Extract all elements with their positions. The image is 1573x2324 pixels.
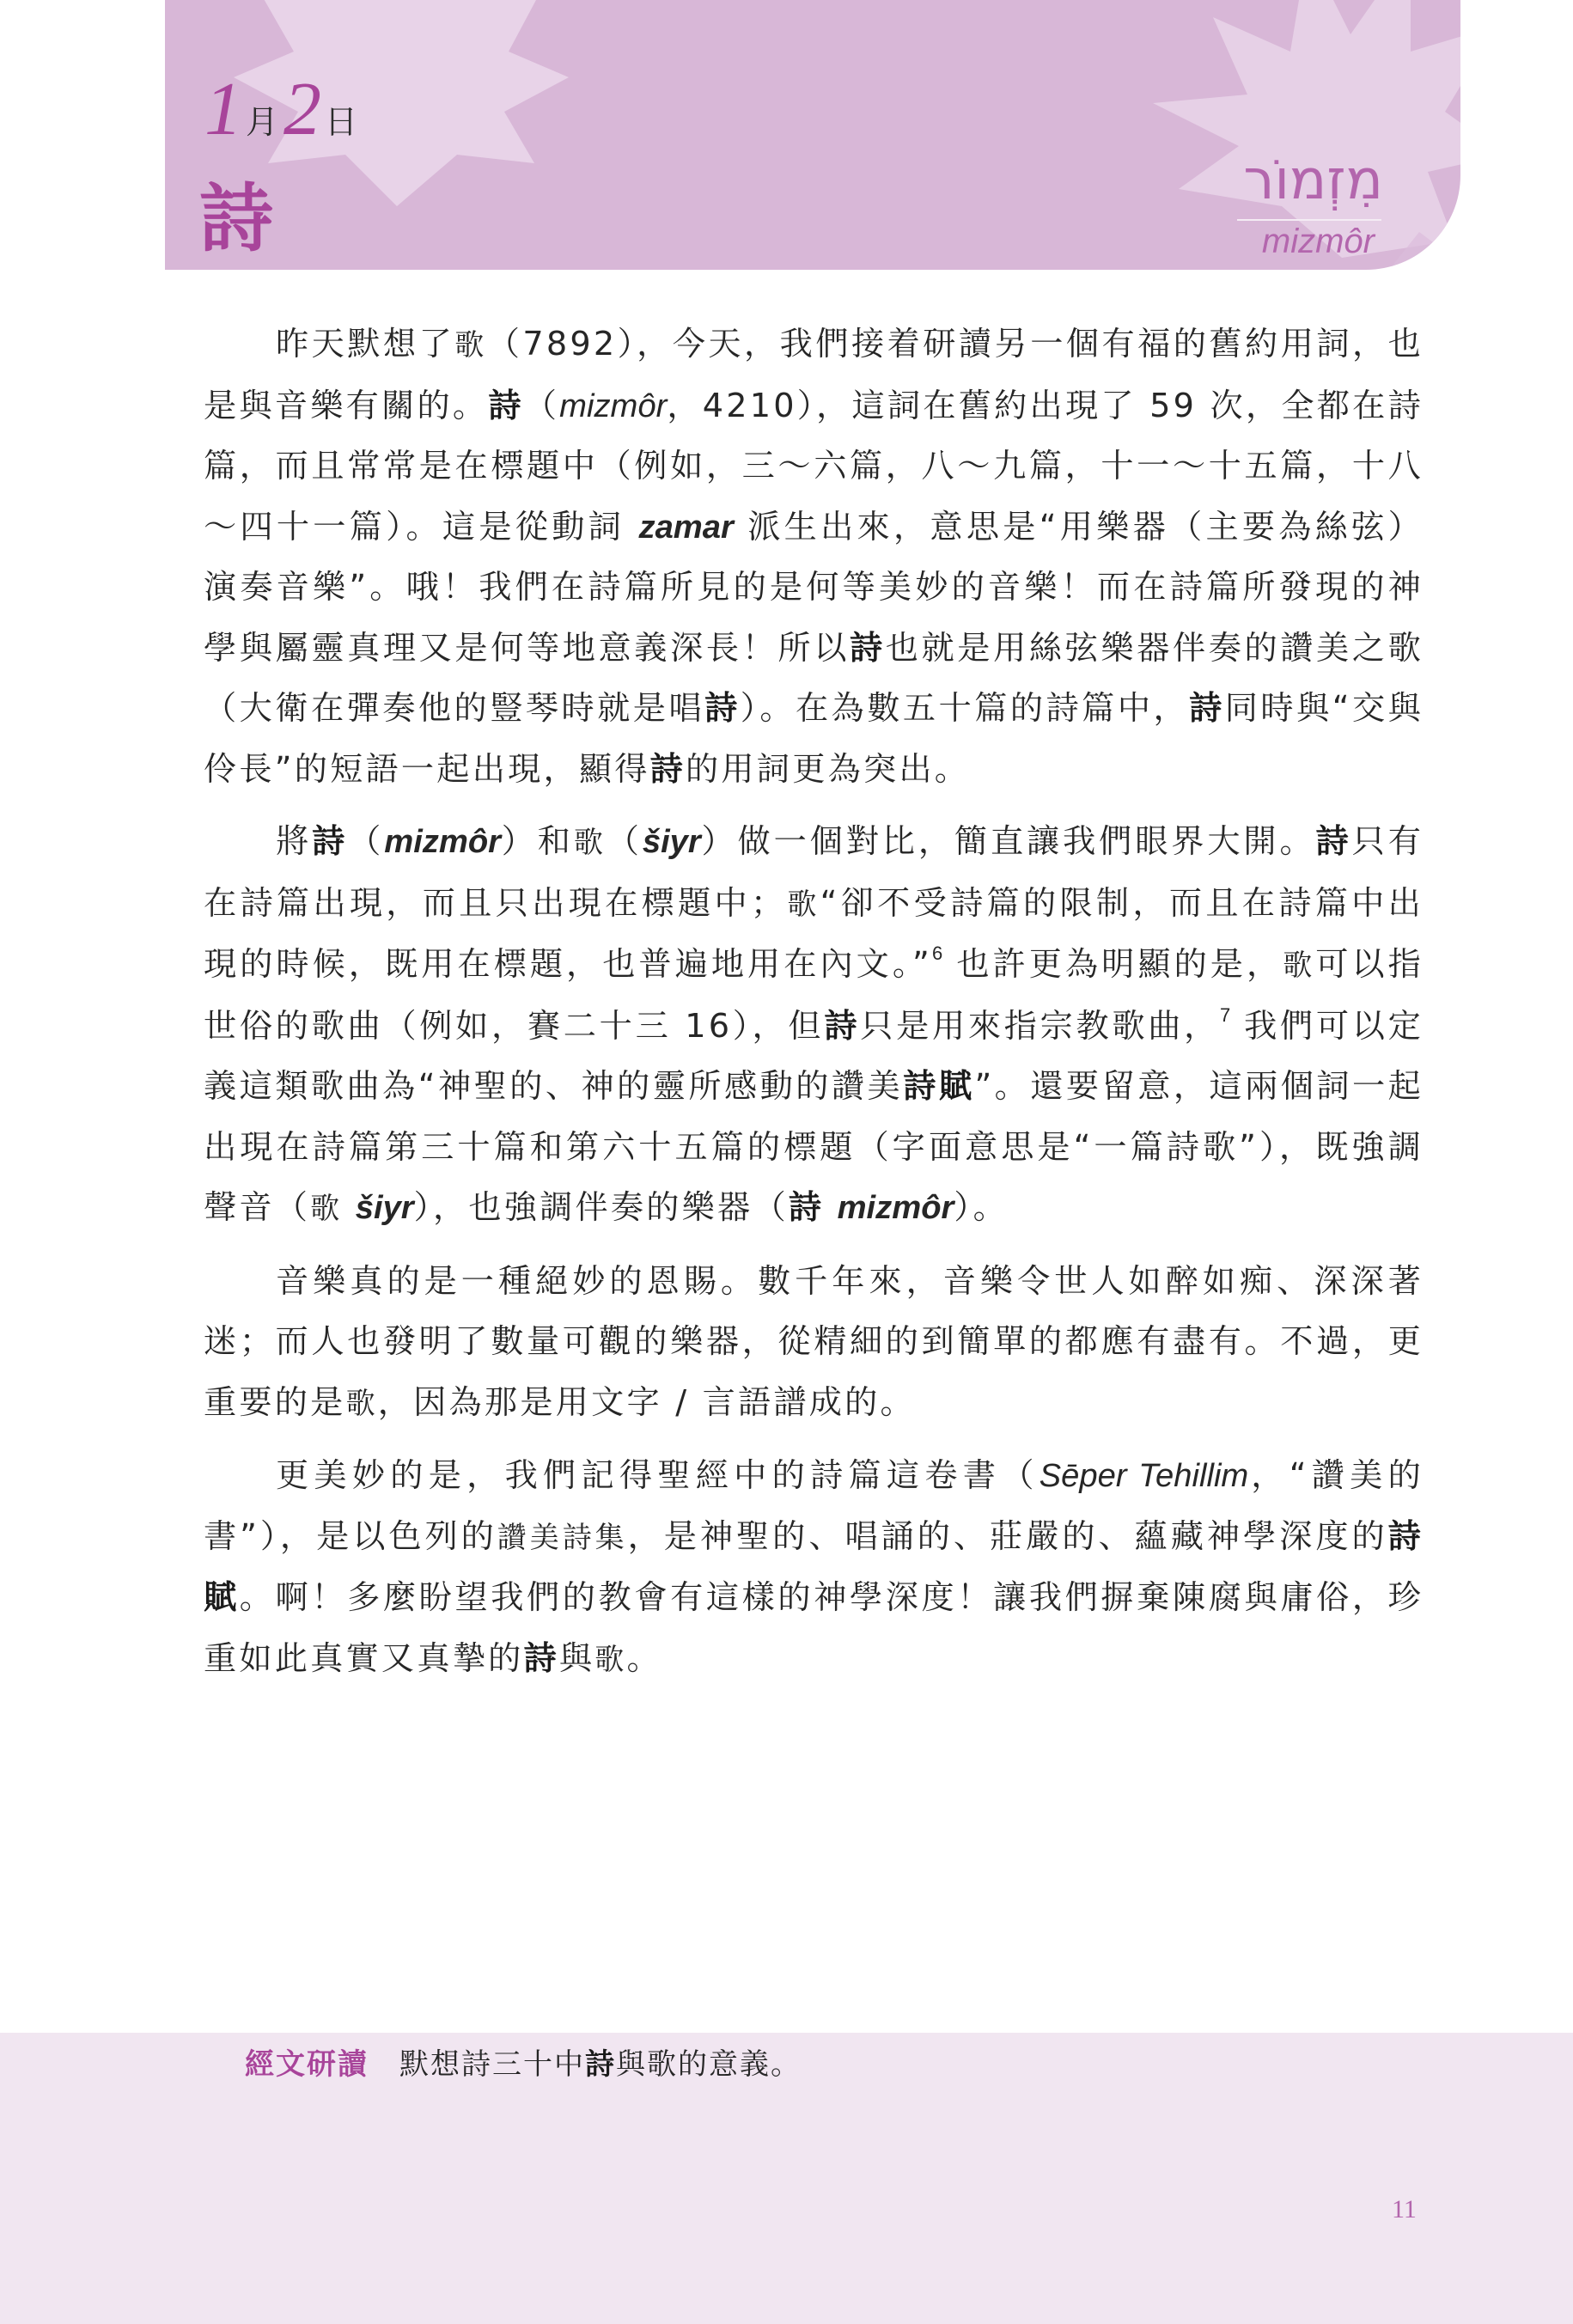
term-psalm: 詩 bbox=[850, 630, 886, 668]
term-song: 歌 bbox=[594, 1643, 626, 1677]
text-run: ，是神聖的、唱誦的、莊嚴的、蘊藏神學深度的 bbox=[628, 1518, 1388, 1556]
transliteration: mizmôr bbox=[1229, 220, 1375, 263]
text-run: （ bbox=[348, 823, 384, 861]
transliteration-term: mizmôr bbox=[384, 823, 501, 860]
transliteration-term: Sēper Tehillim bbox=[1040, 1457, 1249, 1494]
text-run: 。啊！多麼盼望我們的教會有這樣的神學深度！讓我們摒棄陳腐與庸俗，珍重如此真實又真… bbox=[204, 1579, 1424, 1678]
text-run: （ bbox=[524, 387, 559, 425]
text-run: 也許更為明顯的是， bbox=[942, 946, 1283, 984]
term-psalm: 詩 bbox=[789, 1189, 824, 1227]
text-run: 將 bbox=[276, 823, 312, 861]
term-song: 歌 bbox=[310, 1192, 342, 1226]
study-text: 默想詩三十中詩與歌的意義。 bbox=[399, 2047, 802, 2082]
month-unit: 月 bbox=[246, 103, 278, 141]
term-psalm: 詩 bbox=[824, 1008, 860, 1046]
transliteration-term: zamar bbox=[638, 509, 733, 546]
term-song: 歌 bbox=[647, 2047, 678, 2082]
text-run: 只是用來指宗教歌曲， bbox=[860, 1008, 1220, 1046]
term-psalm: 詩 bbox=[312, 823, 348, 861]
text-run: 默想詩三十中 bbox=[399, 2047, 585, 2082]
term-psalm: 詩 bbox=[1316, 823, 1352, 861]
text-run: 與 bbox=[616, 2047, 647, 2082]
footnote-ref-6[interactable]: 6 bbox=[932, 942, 942, 964]
text-run: ）。在為數五十篇的詩篇中， bbox=[741, 690, 1189, 728]
text-run: ），也強調伴奏的樂器（ bbox=[414, 1189, 789, 1227]
term-psalm: 詩 bbox=[585, 2047, 616, 2082]
day-number: 2 bbox=[284, 76, 321, 144]
day-unit: 日 bbox=[325, 103, 357, 141]
transliteration-term: šiyr bbox=[643, 823, 701, 860]
hebrew-word: מִזְמוֹר bbox=[1229, 142, 1383, 219]
term-psalm: 詩 bbox=[650, 751, 686, 789]
term-song: 歌 bbox=[786, 888, 820, 922]
text-run: ）做一個對比，簡直讓我們眼界大開。 bbox=[701, 823, 1316, 861]
term-psalm: 詩 bbox=[524, 1640, 559, 1678]
text-run: （ bbox=[607, 823, 643, 861]
text-run: ，因為那是用文字 / 言語譜成的。 bbox=[378, 1384, 916, 1422]
text-run: 更美妙的是，我們記得聖經中的詩篇這卷書（ bbox=[276, 1457, 1040, 1495]
page-number: 11 bbox=[1392, 2195, 1417, 2224]
term-song: 歌 bbox=[454, 328, 486, 363]
text-run: 的用詞更為突出。 bbox=[686, 751, 970, 789]
text-run bbox=[342, 1189, 355, 1227]
term-song: 歌 bbox=[574, 826, 607, 860]
term-psalm: 詩 bbox=[488, 387, 523, 425]
term-psalm-poem: 詩賦 bbox=[903, 1068, 974, 1106]
transliteration-term: mizmôr bbox=[559, 387, 667, 424]
month-number: 1 bbox=[204, 76, 242, 144]
text-run: 昨天默想了 bbox=[276, 326, 454, 363]
article-body: 昨天默想了歌（7892），今天，我們接着研讀另一個有福的舊約用詞，也是與音樂有關… bbox=[204, 314, 1424, 1702]
paragraph-2: 將詩（mizmôr）和歌（šiyr）做一個對比，簡直讓我們眼界大開。詩只有在詩篇… bbox=[204, 812, 1424, 1240]
footnote-ref-7[interactable]: 7 bbox=[1220, 1004, 1230, 1026]
term-song: 歌 bbox=[346, 1387, 378, 1421]
date-heading: 1 月 2 日 bbox=[204, 67, 361, 144]
paragraph-3: 音樂真的是一種絕妙的恩賜。數千年來，音樂令世人如醉如痴、深深著迷；而人也發明了數… bbox=[204, 1252, 1424, 1435]
text-run: ）和 bbox=[501, 823, 574, 861]
paragraph-1: 昨天默想了歌（7892），今天，我們接着研讀另一個有福的舊約用詞，也是與音樂有關… bbox=[204, 314, 1424, 800]
term-psalter: 讚美詩集 bbox=[497, 1521, 628, 1555]
page-title: 詩 bbox=[199, 172, 273, 266]
term-psalm: 詩 bbox=[1189, 690, 1225, 728]
scripture-study: 經文研讀默想詩三十中詩與歌的意義。 bbox=[245, 2043, 802, 2086]
transliteration-term: šiyr bbox=[356, 1189, 414, 1226]
term-psalm: 詩 bbox=[704, 690, 741, 728]
paragraph-4: 更美妙的是，我們記得聖經中的詩篇這卷書（Sēper Tehillim，“讚美的書… bbox=[204, 1446, 1424, 1690]
text-run: 。 bbox=[626, 1640, 662, 1678]
transliteration-term: mizmôr bbox=[838, 1189, 954, 1226]
text-run: 的意義。 bbox=[678, 2047, 802, 2082]
text-run: 與 bbox=[559, 1640, 594, 1678]
text-run bbox=[824, 1189, 837, 1227]
term-song: 歌 bbox=[1283, 949, 1315, 983]
study-label: 經文研讀 bbox=[245, 2047, 369, 2082]
text-run: ）。 bbox=[954, 1189, 1009, 1227]
